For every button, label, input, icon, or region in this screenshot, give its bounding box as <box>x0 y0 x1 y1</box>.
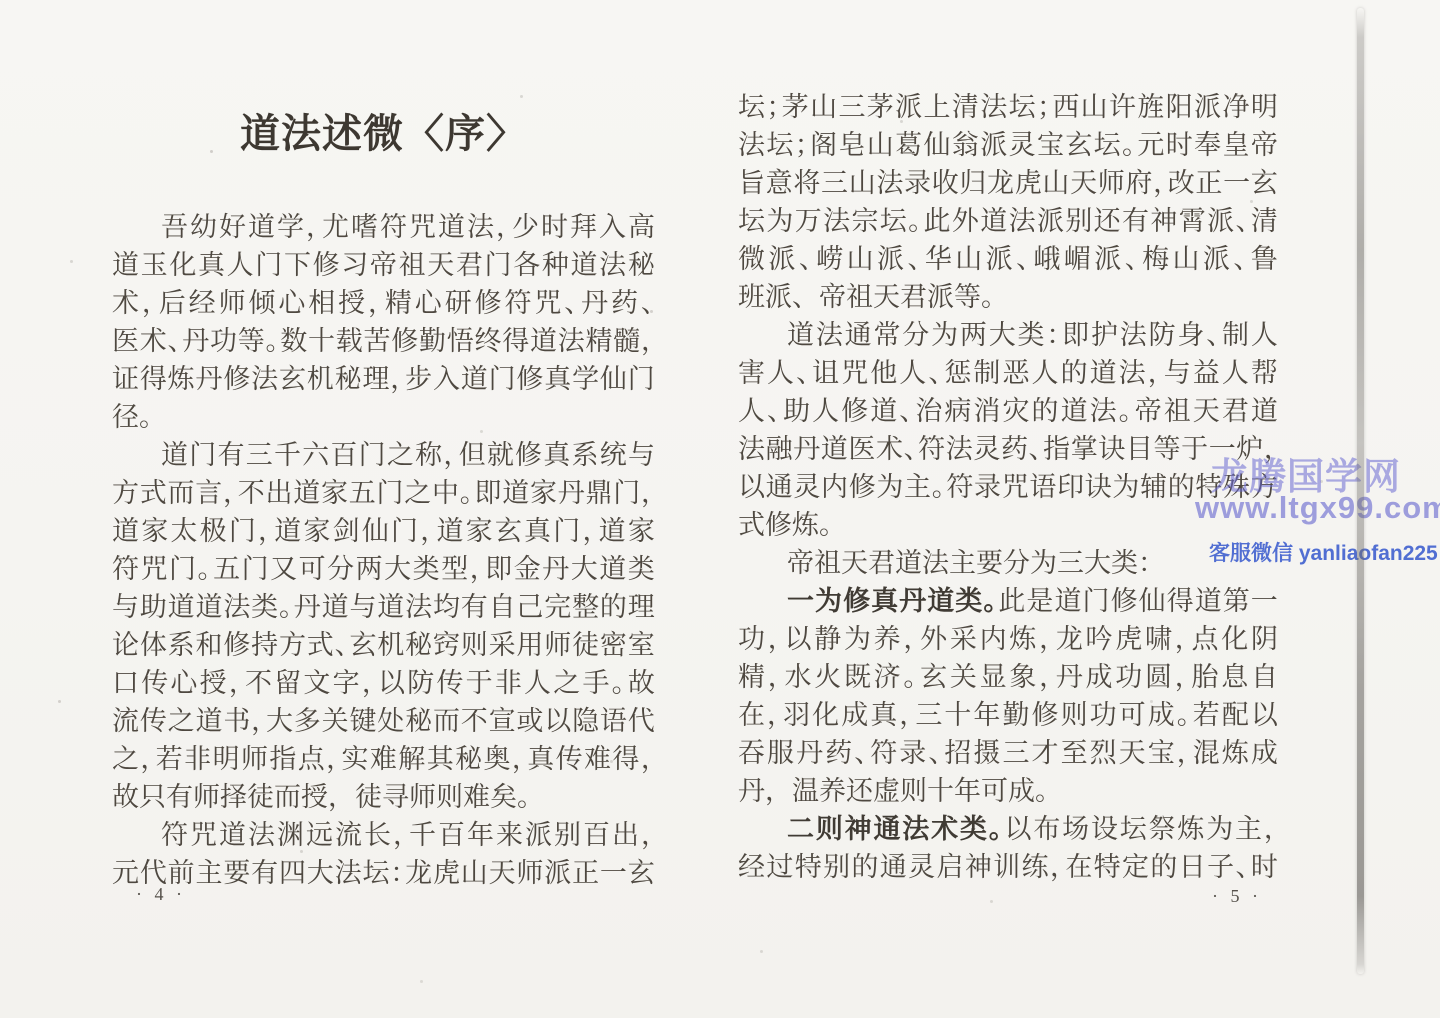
text-line: 坛；茅山三茅派上清法坛；西山许旌阳派净明 <box>738 88 1278 126</box>
text-line: 坛为万法宗坛。此外道法派别还有神霄派、清 <box>738 202 1278 240</box>
text-line: 班派、帝祖天君派等。 <box>738 278 1278 316</box>
right-page-number: · 5 · <box>1212 886 1262 907</box>
left-page-number: · 4 · <box>136 884 186 905</box>
text-line: 径。 <box>112 398 655 436</box>
text-line: 道家太极门，道家剑仙门，道家玄真门，道家 <box>112 512 655 550</box>
text-line: 在，羽化成真，三十年勤修则功可成。若配以 <box>738 696 1278 734</box>
text-line: 元代前主要有四大法坛：龙虎山天师派正一玄 <box>112 854 655 892</box>
text-line: 论体系和修持方式、玄机秘窍则采用师徒密室 <box>112 626 655 664</box>
text-line: 人、助人修道、治病消灾的道法。帝祖天君道 <box>738 392 1278 430</box>
text-line: 以通灵内修为主。符录咒语印诀为辅的特殊方 <box>738 468 1278 506</box>
text-line: 道玉化真人门下修习帝祖天君门各种道法秘 <box>112 246 655 284</box>
book-scan: 道法述微〈序〉 吾幼好道学，尤嗜符咒道法，少时拜入高道玉化真人门下修习帝祖天君门… <box>0 0 1440 1018</box>
left-page-body: 吾幼好道学，尤嗜符咒道法，少时拜入高道玉化真人门下修习帝祖天君门各种道法秘术，后… <box>112 208 655 892</box>
text-line: 医术、丹功等。数十载苦修勤悟终得道法精髓， <box>112 322 655 360</box>
text-line: 法坛；阁皂山葛仙翁派灵宝玄坛。元时奉皇帝 <box>738 126 1278 164</box>
page-edge-shadow <box>1357 8 1364 974</box>
text-line: 吞服丹药、符录、招摄三才至烈天宝，混炼成 <box>738 734 1278 772</box>
text-line: 之，若非明师指点，实难解其秘奥，真传难得， <box>112 740 655 778</box>
text-line: 精，水火既济。玄关显象，丹成功圆，胎息自 <box>738 658 1278 696</box>
page-title: 道法述微〈序〉 <box>112 102 655 159</box>
text-line: 二则神通法术类。以布场设坛祭炼为主， <box>738 810 1278 848</box>
text-line: 道门有三千六百门之称，但就修真系统与 <box>112 436 655 474</box>
text-line: 与助道道法类。丹道与道法均有自己完整的理 <box>112 588 655 626</box>
text-line: 旨意将三山法录收归龙虎山天师府，改正一玄 <box>738 164 1278 202</box>
right-page-body: 坛；茅山三茅派上清法坛；西山许旌阳派净明法坛；阁皂山葛仙翁派灵宝玄坛。元时奉皇帝… <box>738 88 1278 886</box>
text-line: 术，后经师倾心相授，精心研修符咒、丹药、 <box>112 284 655 322</box>
text-line: 吾幼好道学，尤嗜符咒道法，少时拜入高 <box>112 208 655 246</box>
text-line: 帝祖天君道法主要分为三大类： <box>738 544 1278 582</box>
text-line: 经过特别的通灵启神训练，在特定的日子、时 <box>738 848 1278 886</box>
text-line: 证得炼丹修法玄机秘理，步入道门修真学仙门 <box>112 360 655 398</box>
text-line: 流传之道书，大多关键处秘而不宣或以隐语代 <box>112 702 655 740</box>
text-line: 一为修真丹道类。此是道门修仙得道第一 <box>738 582 1278 620</box>
text-line: 方式而言，不出道家五门之中。即道家丹鼎门， <box>112 474 655 512</box>
text-line: 害人、诅咒他人、惩制恶人的道法，与益人帮 <box>738 354 1278 392</box>
text-line: 功，以静为养，外采内炼，龙吟虎啸，点化阴 <box>738 620 1278 658</box>
text-line: 丹，温养还虚则十年可成。 <box>738 772 1278 810</box>
text-line: 微派、崂山派、华山派、峨嵋派、梅山派、鲁 <box>738 240 1278 278</box>
text-line: 法融丹道医术、符法灵药、指掌诀目等于一炉， <box>738 430 1278 468</box>
text-line: 道法通常分为两大类：即护法防身、制人 <box>738 316 1278 354</box>
text-line: 口传心授，不留文字，以防传于非人之手。故 <box>112 664 655 702</box>
text-line: 式修炼。 <box>738 506 1278 544</box>
text-line: 故只有师择徒而授，徒寻师则难矣。 <box>112 778 655 816</box>
text-line: 符咒道法渊远流长，千百年来派别百出， <box>112 816 655 854</box>
text-line: 符咒门。五门又可分两大类型，即金丹大道类 <box>112 550 655 588</box>
